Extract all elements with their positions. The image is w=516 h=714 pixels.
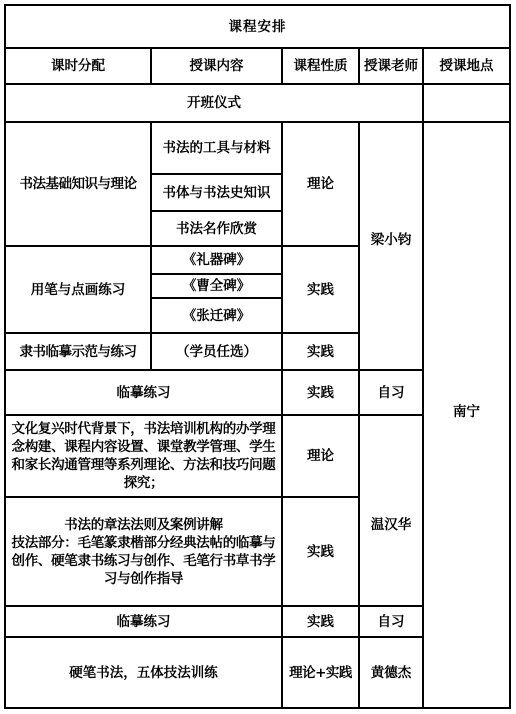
copy-practice-1-teacher: 自习: [359, 370, 423, 415]
opening-location-cell: [423, 84, 510, 122]
basics-content-1: 书法的工具与材料: [151, 122, 282, 174]
brush-hours-cell: 用笔与点画练习: [5, 246, 151, 333]
technique-type-cell: 实践: [282, 497, 359, 606]
culture-content-cell: 文化复兴时代背景下，书法培训机构的办学理念构建、课程内容设置、课堂教学管理、学生…: [5, 415, 282, 497]
hardpen-type-cell: 理论+实践: [282, 637, 359, 708]
basics-content-3: 书法名作欣赏: [151, 211, 282, 246]
teacher-huang-cell: 黄德杰: [359, 637, 423, 708]
basics-type-cell: 理论: [282, 122, 359, 246]
header-content: 授课内容: [151, 48, 282, 84]
brush-content-1: 《礼器碑》: [151, 246, 282, 274]
basics-content-2: 书体与书法史知识: [151, 174, 282, 211]
opening-ceremony-cell: 开班仪式: [5, 84, 423, 122]
copy-practice-2-type: 实践: [282, 606, 359, 637]
brush-content-3: 《张迁碑》: [151, 298, 282, 333]
teacher-wen-cell: 温汉华: [359, 415, 423, 606]
page-title: 课程安排: [5, 5, 510, 48]
copy-practice-1-type: 实践: [282, 370, 359, 415]
lishu-content-cell: （学员任选）: [151, 333, 282, 370]
hardpen-content-cell: 硬笔书法，五体技法训练: [5, 637, 282, 708]
basics-hours-cell: 书法基础知识与理论: [5, 122, 151, 246]
header-location: 授课地点: [423, 48, 510, 84]
brush-type-cell: 实践: [282, 246, 359, 333]
brush-content-2: 《曹全碑》: [151, 274, 282, 298]
header-type: 课程性质: [282, 48, 359, 84]
technique-line-1: 书法的章法法则及案例讲解: [6, 516, 281, 534]
header-teacher: 授课老师: [359, 48, 423, 84]
course-schedule-table: 课程安排 课时分配 授课内容 课程性质 授课老师 授课地点 开班仪式 书法基础知…: [4, 4, 511, 709]
technique-content-cell: 书法的章法法则及案例讲解 技法部分：毛笔篆隶楷部分经典法帖的临摹与创作、硬笔隶书…: [5, 497, 282, 606]
copy-practice-1-cell: 临摹练习: [5, 370, 282, 415]
lishu-hours-cell: 隶书临摹示范与练习: [5, 333, 151, 370]
copy-practice-2-cell: 临摹练习: [5, 606, 282, 637]
culture-type-cell: 理论: [282, 415, 359, 497]
lishu-type-cell: 实践: [282, 333, 359, 370]
header-hours: 课时分配: [5, 48, 151, 84]
teacher-liang-cell: 梁小钧: [359, 122, 423, 370]
copy-practice-2-teacher: 自习: [359, 606, 423, 637]
location-cell: 南宁: [423, 122, 510, 708]
technique-line-2: 技法部分：毛笔篆隶楷部分经典法帖的临摹与创作、硬笔隶书练习与创作、毛笔行书草书学…: [6, 534, 281, 588]
